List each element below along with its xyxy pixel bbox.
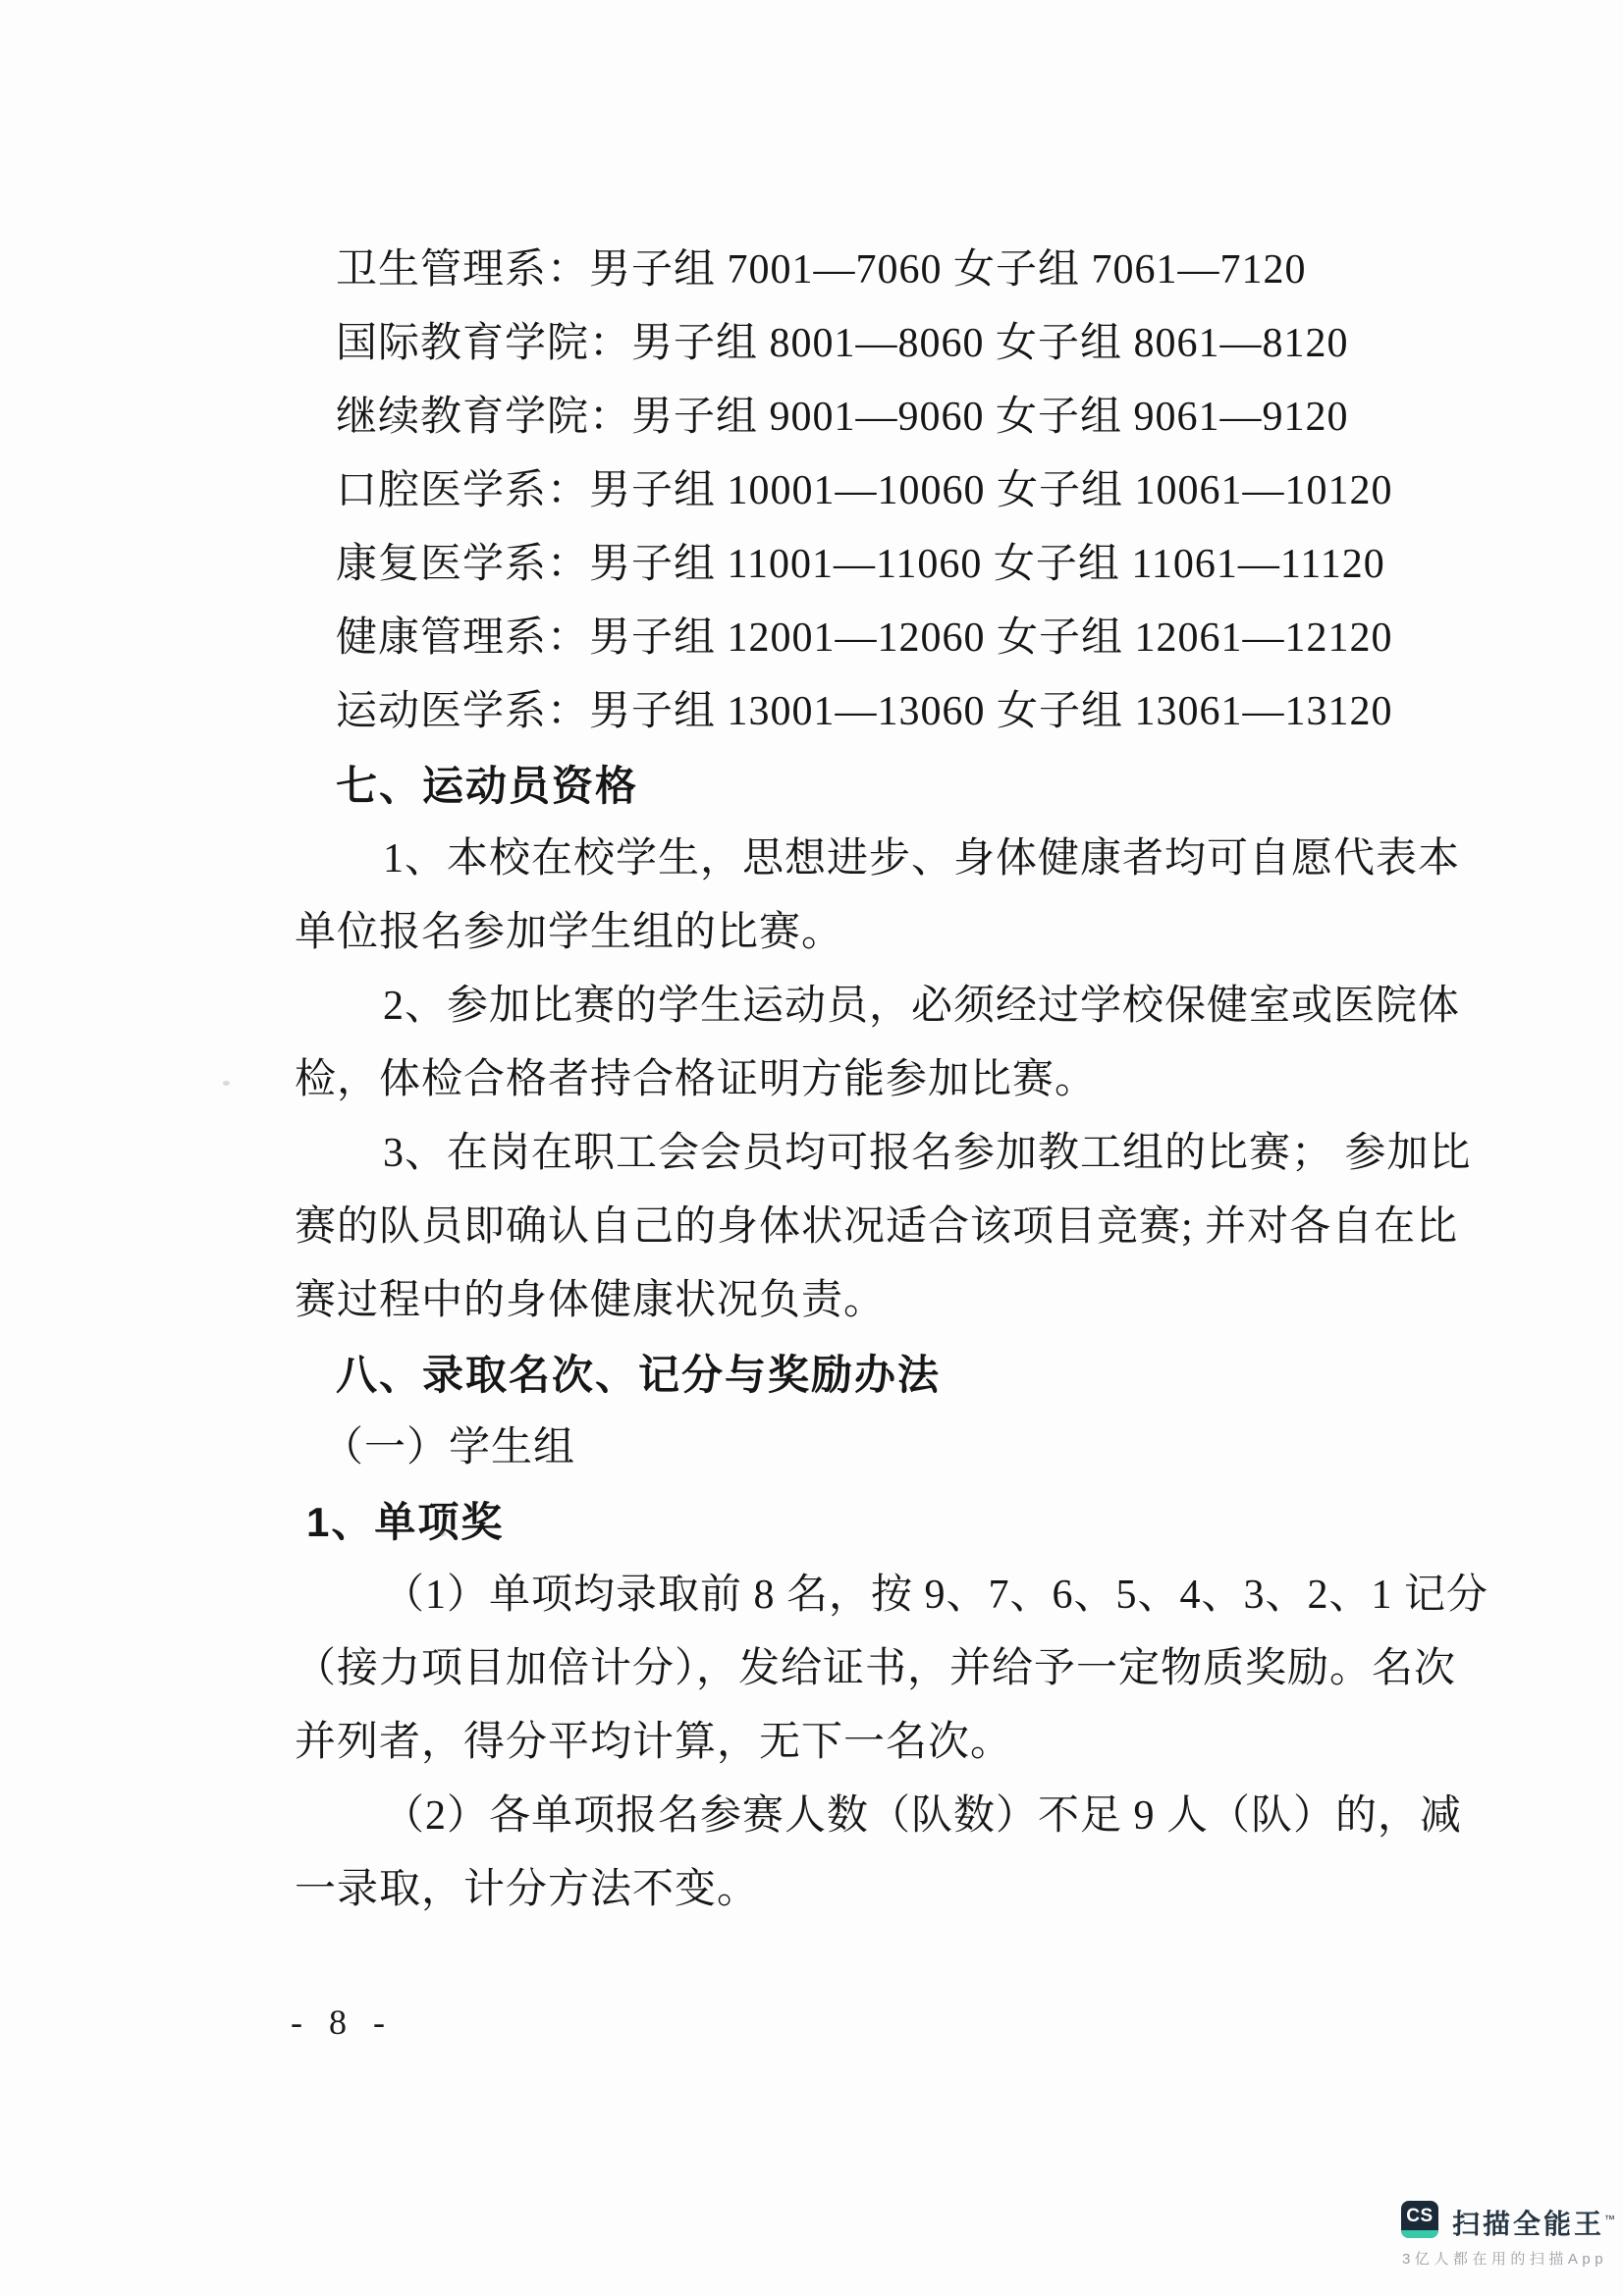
watermark-app-name: 扫描全能王™: [1452, 2203, 1615, 2242]
camscanner-logo-icon: CS: [1401, 2201, 1438, 2238]
section-heading-athlete-eligibility: 七、运动员资格: [295, 749, 1473, 823]
paragraph-line: （2）各单项报名参赛人数（队数）不足 9 人（队）的，减: [295, 1780, 1473, 1853]
trademark-symbol: ™: [1604, 2215, 1615, 2226]
paragraph-line: 赛的队员即确认自己的身体状况适合该项目竞赛; 并对各自在比: [295, 1191, 1473, 1264]
paragraph-line: 并列者，得分平均计算，无下一名次。: [295, 1706, 1473, 1780]
scan-artifact-dot: [440, 1531, 446, 1536]
camscanner-logo-letters: CS: [1401, 2201, 1438, 2231]
paragraph-line: 1、本校在校学生，思想进步、身体健康者均可自愿代表本: [295, 823, 1473, 896]
scanned-page: 卫生管理系：男子组 7001—7060 女子组 7061—7120 国际教育学院…: [0, 0, 1623, 2296]
department-number-line: 国际教育学院：男子组 8001—8060 女子组 8061—8120: [295, 307, 1473, 381]
department-number-line: 健康管理系：男子组 12001—12060 女子组 12061—12120: [295, 602, 1473, 675]
subsection-individual-award-label: 1、单项奖: [295, 1485, 1473, 1559]
watermark-tagline: 3亿人都在用的扫描App: [1402, 2248, 1607, 2269]
paragraph-line: 3、在岗在职工会会员均可报名参加教工组的比赛； 参加比: [295, 1117, 1473, 1191]
department-number-line: 运动医学系：男子组 13001—13060 女子组 13061—13120: [295, 675, 1473, 749]
paragraph-line: 赛过程中的身体健康状况负责。: [295, 1264, 1473, 1338]
paragraph-line: 2、参加比赛的学生运动员，必须经过学校保健室或医院体: [295, 970, 1473, 1043]
department-number-line: 口腔医学系：男子组 10001—10060 女子组 10061—10120: [295, 454, 1473, 528]
watermark-app-name-text: 扫描全能王: [1452, 2209, 1604, 2239]
document-text-block: 卫生管理系：男子组 7001—7060 女子组 7061—7120 国际教育学院…: [295, 234, 1473, 1927]
subsection-student-group-label: （一）学生组: [295, 1412, 1473, 1485]
scan-artifact-dot: [223, 1081, 230, 1086]
camscanner-watermark: CS 扫描全能王™ 3亿人都在用的扫描App: [1401, 2201, 1607, 2279]
logo-accent-bar: [1401, 2230, 1438, 2238]
page-number: - 8 -: [291, 2001, 387, 2044]
paragraph-line: （1）单项均录取前 8 名，按 9、7、6、5、4、3、2、1 记分: [295, 1559, 1473, 1632]
section-heading-ranking-scoring-awards: 八、录取名次、记分与奖励办法: [295, 1338, 1473, 1412]
department-number-line: 康复医学系：男子组 11001—11060 女子组 11061—11120: [295, 528, 1473, 602]
paragraph-line: 一录取，计分方法不变。: [295, 1853, 1473, 1927]
paragraph-line: 检，体检合格者持合格证明方能参加比赛。: [295, 1043, 1473, 1117]
department-number-line: 卫生管理系：男子组 7001—7060 女子组 7061—7120: [295, 234, 1473, 307]
paragraph-line: （接力项目加倍计分），发给证书，并给予一定物质奖励。名次: [295, 1632, 1473, 1706]
paragraph-line: 单位报名参加学生组的比赛。: [295, 896, 1473, 970]
department-number-line: 继续教育学院：男子组 9001—9060 女子组 9061—9120: [295, 381, 1473, 454]
